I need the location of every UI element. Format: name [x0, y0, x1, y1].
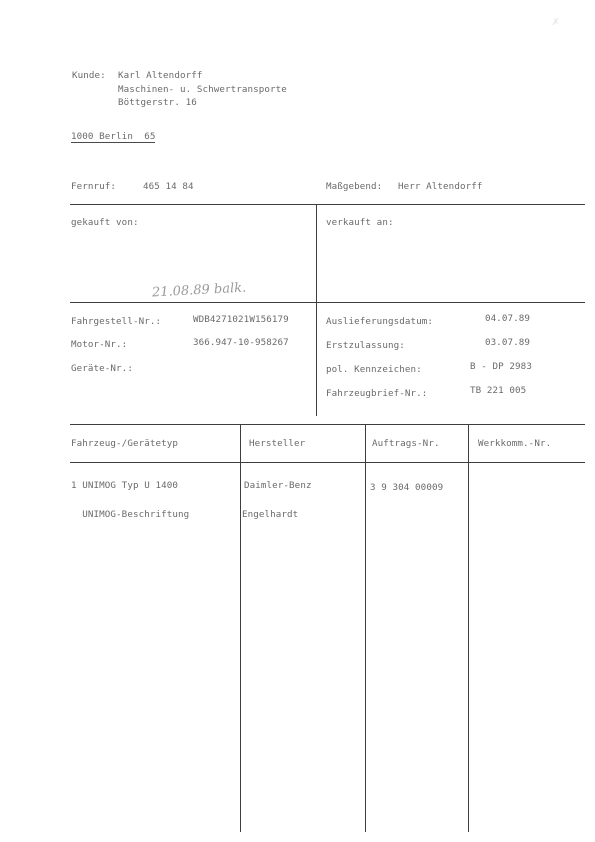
phone-label: Fernruf:	[71, 181, 116, 192]
responsible-value: Herr Altendorff	[398, 181, 482, 192]
delivery-date-value: 04.07.89	[485, 313, 530, 324]
responsible-label: Maßgebend:	[326, 181, 382, 192]
handwritten-note: 21.08.89 balk.	[152, 281, 247, 301]
chassis-value: WDB4271021W156179	[193, 314, 289, 325]
divider-purchase	[70, 302, 585, 303]
table-header-line	[70, 462, 585, 463]
cell-order-no: 3 9 304 00009	[370, 482, 443, 493]
customer-business: Maschinen- u. Schwertransporte	[118, 84, 287, 95]
device-label: Geräte-Nr.:	[71, 363, 133, 374]
phone-value: 465 14 84	[143, 181, 194, 192]
customer-street: Böttgerstr. 16	[118, 97, 197, 108]
chassis-label: Fahrgestell-Nr.:	[71, 316, 161, 327]
plate-value: B - DP 2983	[470, 361, 532, 372]
table-col-divider-2	[365, 424, 366, 832]
divider-top	[70, 204, 585, 205]
cell-type: UNIMOG-Beschriftung	[71, 509, 189, 520]
cell-manufacturer: Engelhardt	[242, 509, 298, 520]
delivery-date-label: Auslieferungsdatum:	[326, 316, 433, 327]
plate-label: pol. Kennzeichen:	[326, 364, 422, 375]
table-header-type: Fahrzeug-/Gerätetyp	[71, 438, 178, 449]
sold-to-label: verkauft an:	[326, 217, 394, 228]
table-header-manufacturer: Hersteller	[249, 438, 305, 449]
cell-type: 1 UNIMOG Typ U 1400	[71, 480, 178, 491]
engine-label: Motor-Nr.:	[71, 339, 127, 350]
table-header-order-no: Auftrags-Nr.	[372, 438, 440, 449]
table-col-divider-1	[240, 424, 241, 832]
engine-value: 366.947-10-958267	[193, 337, 289, 348]
customer-name: Karl Altendorff	[118, 70, 202, 81]
divider-middle	[316, 204, 317, 416]
registration-doc-label: Fahrzeugbrief-Nr.:	[326, 388, 427, 399]
bought-from-label: gekauft von:	[71, 217, 139, 228]
registration-doc-value: TB 221 005	[470, 385, 526, 396]
first-registration-label: Erstzulassung:	[326, 340, 405, 351]
table-col-divider-3	[468, 424, 469, 832]
customer-city: 1000 Berlin 65	[71, 131, 155, 143]
first-registration-value: 03.07.89	[485, 337, 530, 348]
corner-mark: ✗	[552, 14, 559, 28]
customer-label: Kunde:	[72, 70, 106, 81]
table-header-factory-no: Werkkomm.-Nr.	[478, 438, 551, 449]
cell-manufacturer: Daimler-Benz	[244, 480, 312, 491]
table-top-line	[70, 424, 585, 425]
